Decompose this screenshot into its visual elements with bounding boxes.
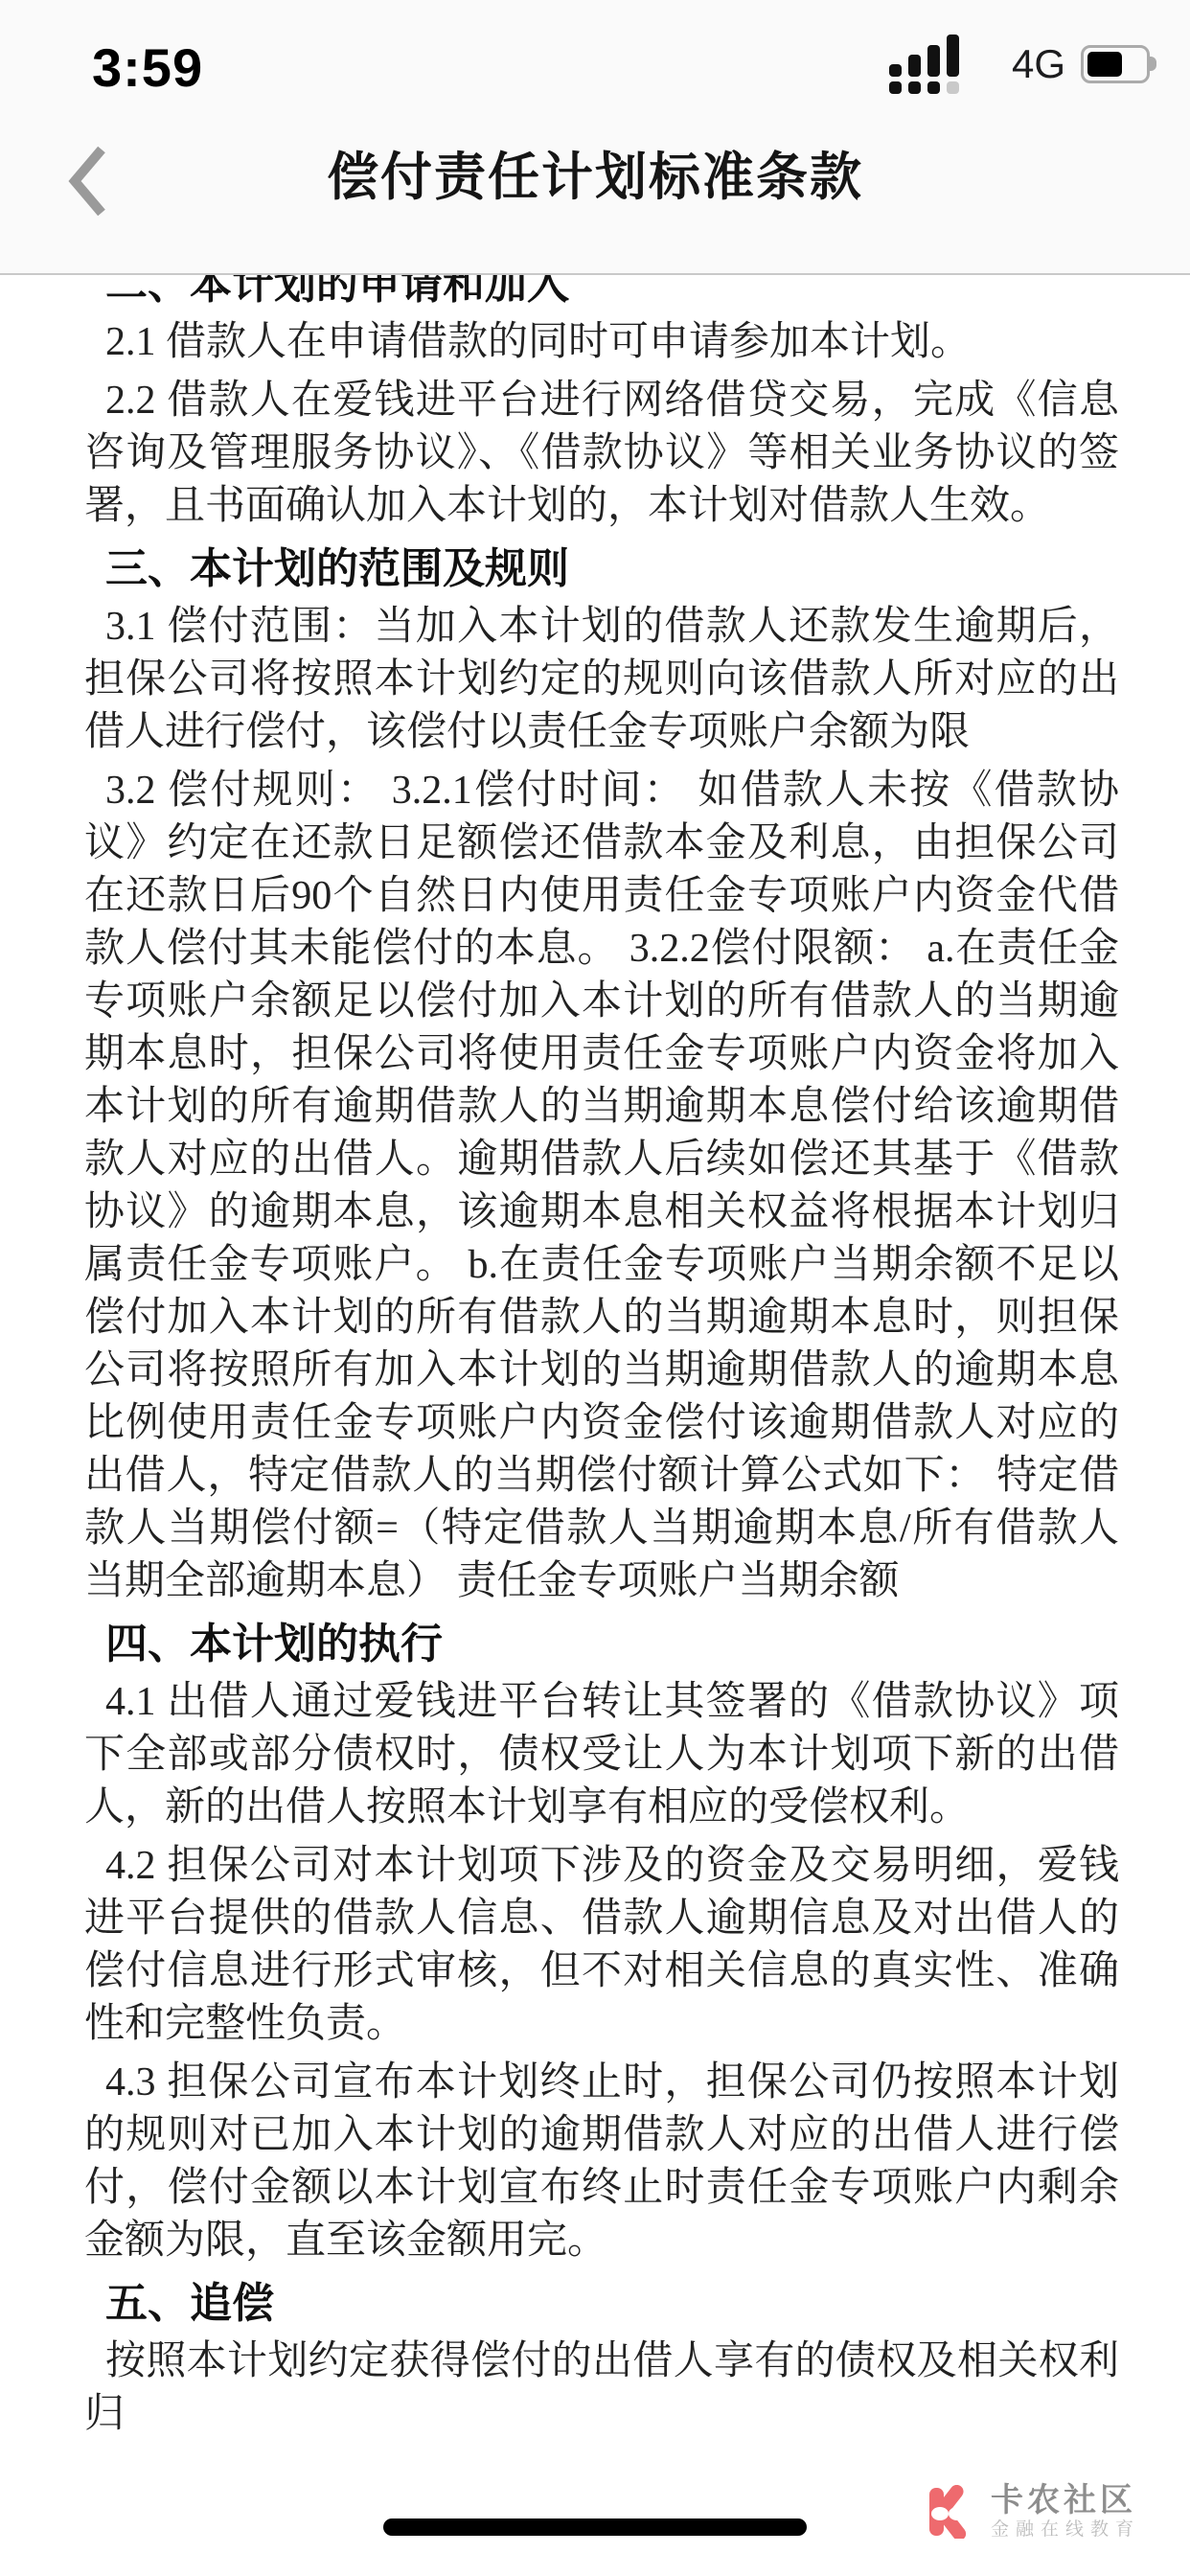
watermark-name: 卡农社区 bbox=[991, 2482, 1140, 2518]
signal-bars bbox=[889, 34, 996, 77]
clause-paragraph: 3.2 偿付规则： 3.2.1偿付时间： 如借款人未按《借款协议》约定在还款日足… bbox=[84, 765, 1119, 1608]
page-title: 偿付责任计划标准条款 bbox=[0, 136, 1190, 210]
status-icons: 4G bbox=[889, 34, 1150, 94]
clause-paragraph: 按照本计划约定获得偿付的出借人享有的债权及相关权利归 bbox=[84, 2335, 1119, 2441]
battery-fill bbox=[1087, 52, 1122, 77]
clause-paragraph: 4.2 担保公司对本计划项下涉及的资金及交易明细，爱钱进平台提供的借款人信息、借… bbox=[84, 1840, 1119, 2051]
status-time: 3:59 bbox=[92, 36, 203, 99]
section-heading: 三、本计划的范围及规则 bbox=[84, 542, 1119, 595]
watermark: 卡农社区 金融在线教育 bbox=[927, 2482, 1140, 2541]
screen: 3:59 4G 偿付责任计划标准条款 二、本计 bbox=[0, 0, 1190, 2576]
section-heading: 五、追偿 bbox=[84, 2277, 1119, 2330]
document-body: 二、本计划的申请和加入2.1 借款人在申请借款的同时可申请参加本计划。2.2 借… bbox=[0, 275, 1190, 2441]
clause-paragraph: 2.1 借款人在申请借款的同时可申请参加本计划。 bbox=[84, 316, 1119, 369]
battery-nub bbox=[1150, 57, 1156, 71]
signal-dots bbox=[889, 81, 996, 94]
clause-paragraph: 4.1 出借人通过爱钱进平台转让其签署的《借款协议》项下全部或部分债权时，债权受… bbox=[84, 1676, 1119, 1834]
clause-paragraph: 3.1 偿付范围：当加入本计划的借款人还款发生逾期后，担保公司将按照本计划约定的… bbox=[84, 601, 1119, 759]
status-bar: 3:59 4G bbox=[0, 0, 1190, 96]
section-heading: 二、本计划的申请和加入 bbox=[84, 275, 1119, 310]
cellular-signal-icon bbox=[889, 34, 996, 94]
battery-icon bbox=[1081, 45, 1150, 83]
watermark-text: 卡农社区 金融在线教育 bbox=[991, 2482, 1140, 2541]
kanong-logo-icon bbox=[927, 2485, 979, 2539]
nav-bar: 偿付责任计划标准条款 bbox=[0, 96, 1190, 273]
network-type-label: 4G bbox=[1012, 41, 1065, 87]
home-indicator[interactable] bbox=[383, 2518, 807, 2536]
watermark-tagline: 金融在线教育 bbox=[991, 2518, 1140, 2541]
clause-paragraph: 2.2 借款人在爱钱进平台进行网络借贷交易，完成《信息咨询及管理服务协议》、《借… bbox=[84, 375, 1119, 533]
document-scroll-area[interactable]: 二、本计划的申请和加入2.1 借款人在申请借款的同时可申请参加本计划。2.2 借… bbox=[0, 275, 1190, 2576]
header: 3:59 4G 偿付责任计划标准条款 bbox=[0, 0, 1190, 275]
clause-paragraph: 4.3 担保公司宣布本计划终止时，担保公司仍按照本计划的规则对已加入本计划的逾期… bbox=[84, 2057, 1119, 2267]
section-heading: 四、本计划的执行 bbox=[84, 1618, 1119, 1670]
